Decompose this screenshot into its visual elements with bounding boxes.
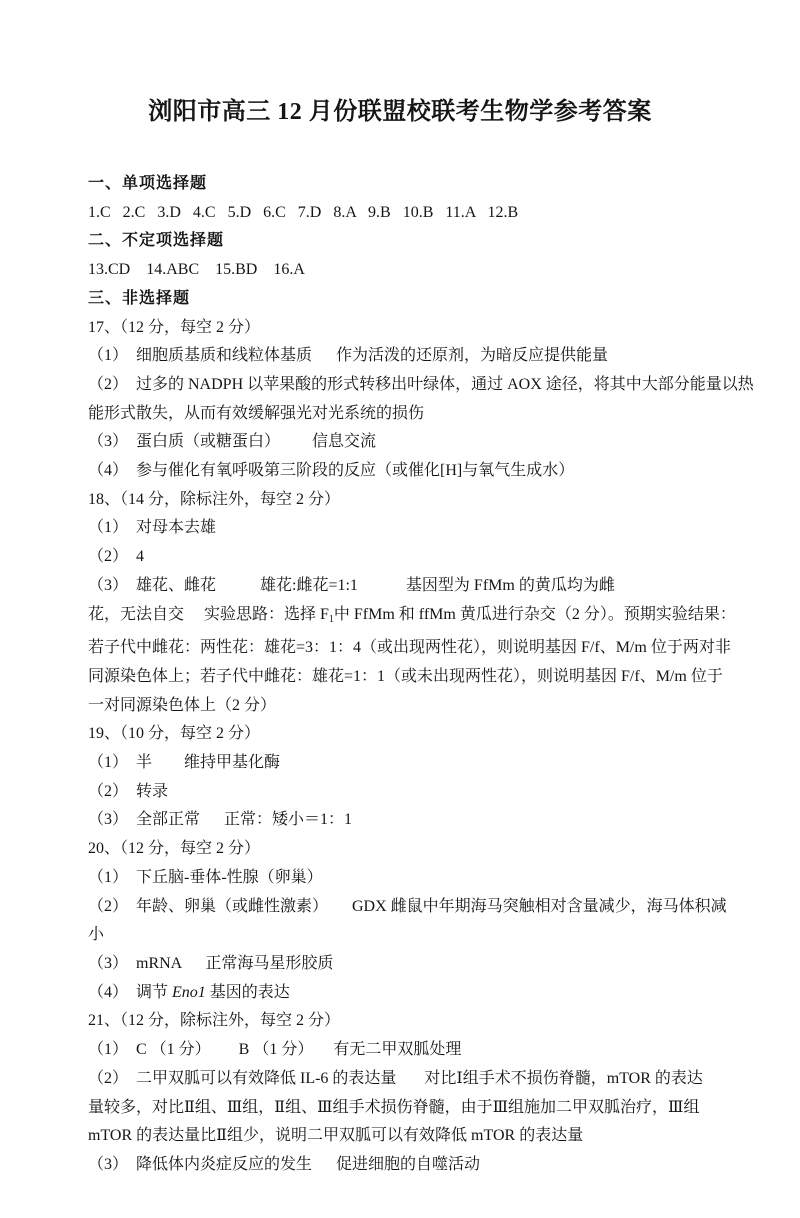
q17-answer-3: （3） 蛋白质（或糖蛋白） 信息交流 (88, 428, 712, 457)
q17-answer-2-cont: 能形式散失，从而有效缓解强光对光系统的损伤 (88, 400, 712, 429)
q20-answer-3: （3） mRNA 正常海马星形胶质 (88, 950, 712, 979)
section-3-heading: 三、非选择题 (88, 285, 712, 314)
document-body: 一、单项选择题1.C 2.C 3.D 4.C 5.D 6.C 7.D 8.A 9… (88, 170, 712, 1180)
q18-header: 18、（14 分，除标注外，每空 2 分） (88, 486, 712, 515)
q20-answer-2-cont: 小 (88, 921, 712, 950)
q17-answer-1: （1） 细胞质基质和线粒体基质 作为活泼的还原剂，为暗反应提供能量 (88, 342, 712, 371)
q18-answer-3-cont-2: 若子代中雌花：两性花：雄花=3：1：4（或出现两性花），则说明基因 F/f、M/… (88, 634, 712, 663)
q21-answer-3: （3） 降低体内炎症反应的发生 促进细胞的自噬活动 (88, 1151, 712, 1180)
q20-answer-1: （1） 下丘脑-垂体-性腺（卵巢） (88, 864, 712, 893)
section-1-heading: 一、单项选择题 (88, 170, 712, 199)
multi-choice-answers: 13.CD 14.ABC 15.BD 16.A (88, 256, 712, 285)
q18-answer-3: （3） 雄花、雌花 雄花:雌花=1:1 基因型为 FfMm 的黄瓜均为雌 (88, 572, 712, 601)
q21-answer-2-cont-2: mTOR 的表达量比Ⅱ组少，说明二甲双胍可以有效降低 mTOR 的表达量 (88, 1122, 712, 1151)
q18-answer-3-cont-3: 同源染色体上；若子代中雌花：雄花=1：1（或未出现两性花），则说明基因 F/f、… (88, 663, 712, 692)
q18-answer-3-cont-1: 花，无法自交 实验思路：选择 F1中 FfMm 和 ffMm 黄瓜进行杂交（2 … (88, 601, 712, 635)
q19-answer-2: （2） 转录 (88, 778, 712, 807)
q21-header: 21、（12 分，除标注外，每空 2 分） (88, 1007, 712, 1036)
q17-header: 17、（12 分，每空 2 分） (88, 314, 712, 343)
document-page: 浏阳市高三 12 月份联盟校联考生物学参考答案 一、单项选择题1.C 2.C 3… (0, 0, 800, 1218)
q19-answer-3: （3） 全部正常 正常：矮小＝1：1 (88, 806, 712, 835)
page-title: 浏阳市高三 12 月份联盟校联考生物学参考答案 (88, 97, 712, 127)
q18-answer-3-cont-4: 一对同源染色体上（2 分） (88, 692, 712, 721)
q21-answer-2-cont-1: 量较多，对比Ⅱ组、Ⅲ组，Ⅱ组、Ⅲ组手术损伤脊髓，由于Ⅲ组施加二甲双胍治疗，Ⅲ组 (88, 1094, 712, 1123)
q20-header: 20、（12 分，每空 2 分） (88, 835, 712, 864)
q17-answer-4: （4） 参与催化有氧呼吸第三阶段的反应（或催化[H]与氧气生成水） (88, 457, 712, 486)
q20-answer-2: （2） 年龄、卵巢（或雌性激素） GDX 雌鼠中年期海马突触相对含量减少，海马体… (88, 893, 712, 922)
section-2-heading: 二、不定项选择题 (88, 227, 712, 256)
q21-answer-2: （2） 二甲双胍可以有效降低 IL-6 的表达量 对比Ⅰ组手术不损伤脊髓，mTO… (88, 1065, 712, 1094)
single-choice-answers: 1.C 2.C 3.D 4.C 5.D 6.C 7.D 8.A 9.B 10.B… (88, 199, 712, 228)
q19-header: 19、（10 分，每空 2 分） (88, 720, 712, 749)
q18-answer-1: （1） 对母本去雄 (88, 514, 712, 543)
q19-answer-1: （1） 半 维持甲基化酶 (88, 749, 712, 778)
q18-answer-2: （2） 4 (88, 543, 712, 572)
q17-answer-2: （2） 过多的 NADPH 以苹果酸的形式转移出叶绿体，通过 AOX 途径，将其… (88, 371, 712, 400)
q21-answer-1: （1） C （1 分） B （1 分） 有无二甲双胍处理 (88, 1036, 712, 1065)
q20-answer-4: （4） 调节 Eno1 基因的表达 (88, 979, 712, 1008)
